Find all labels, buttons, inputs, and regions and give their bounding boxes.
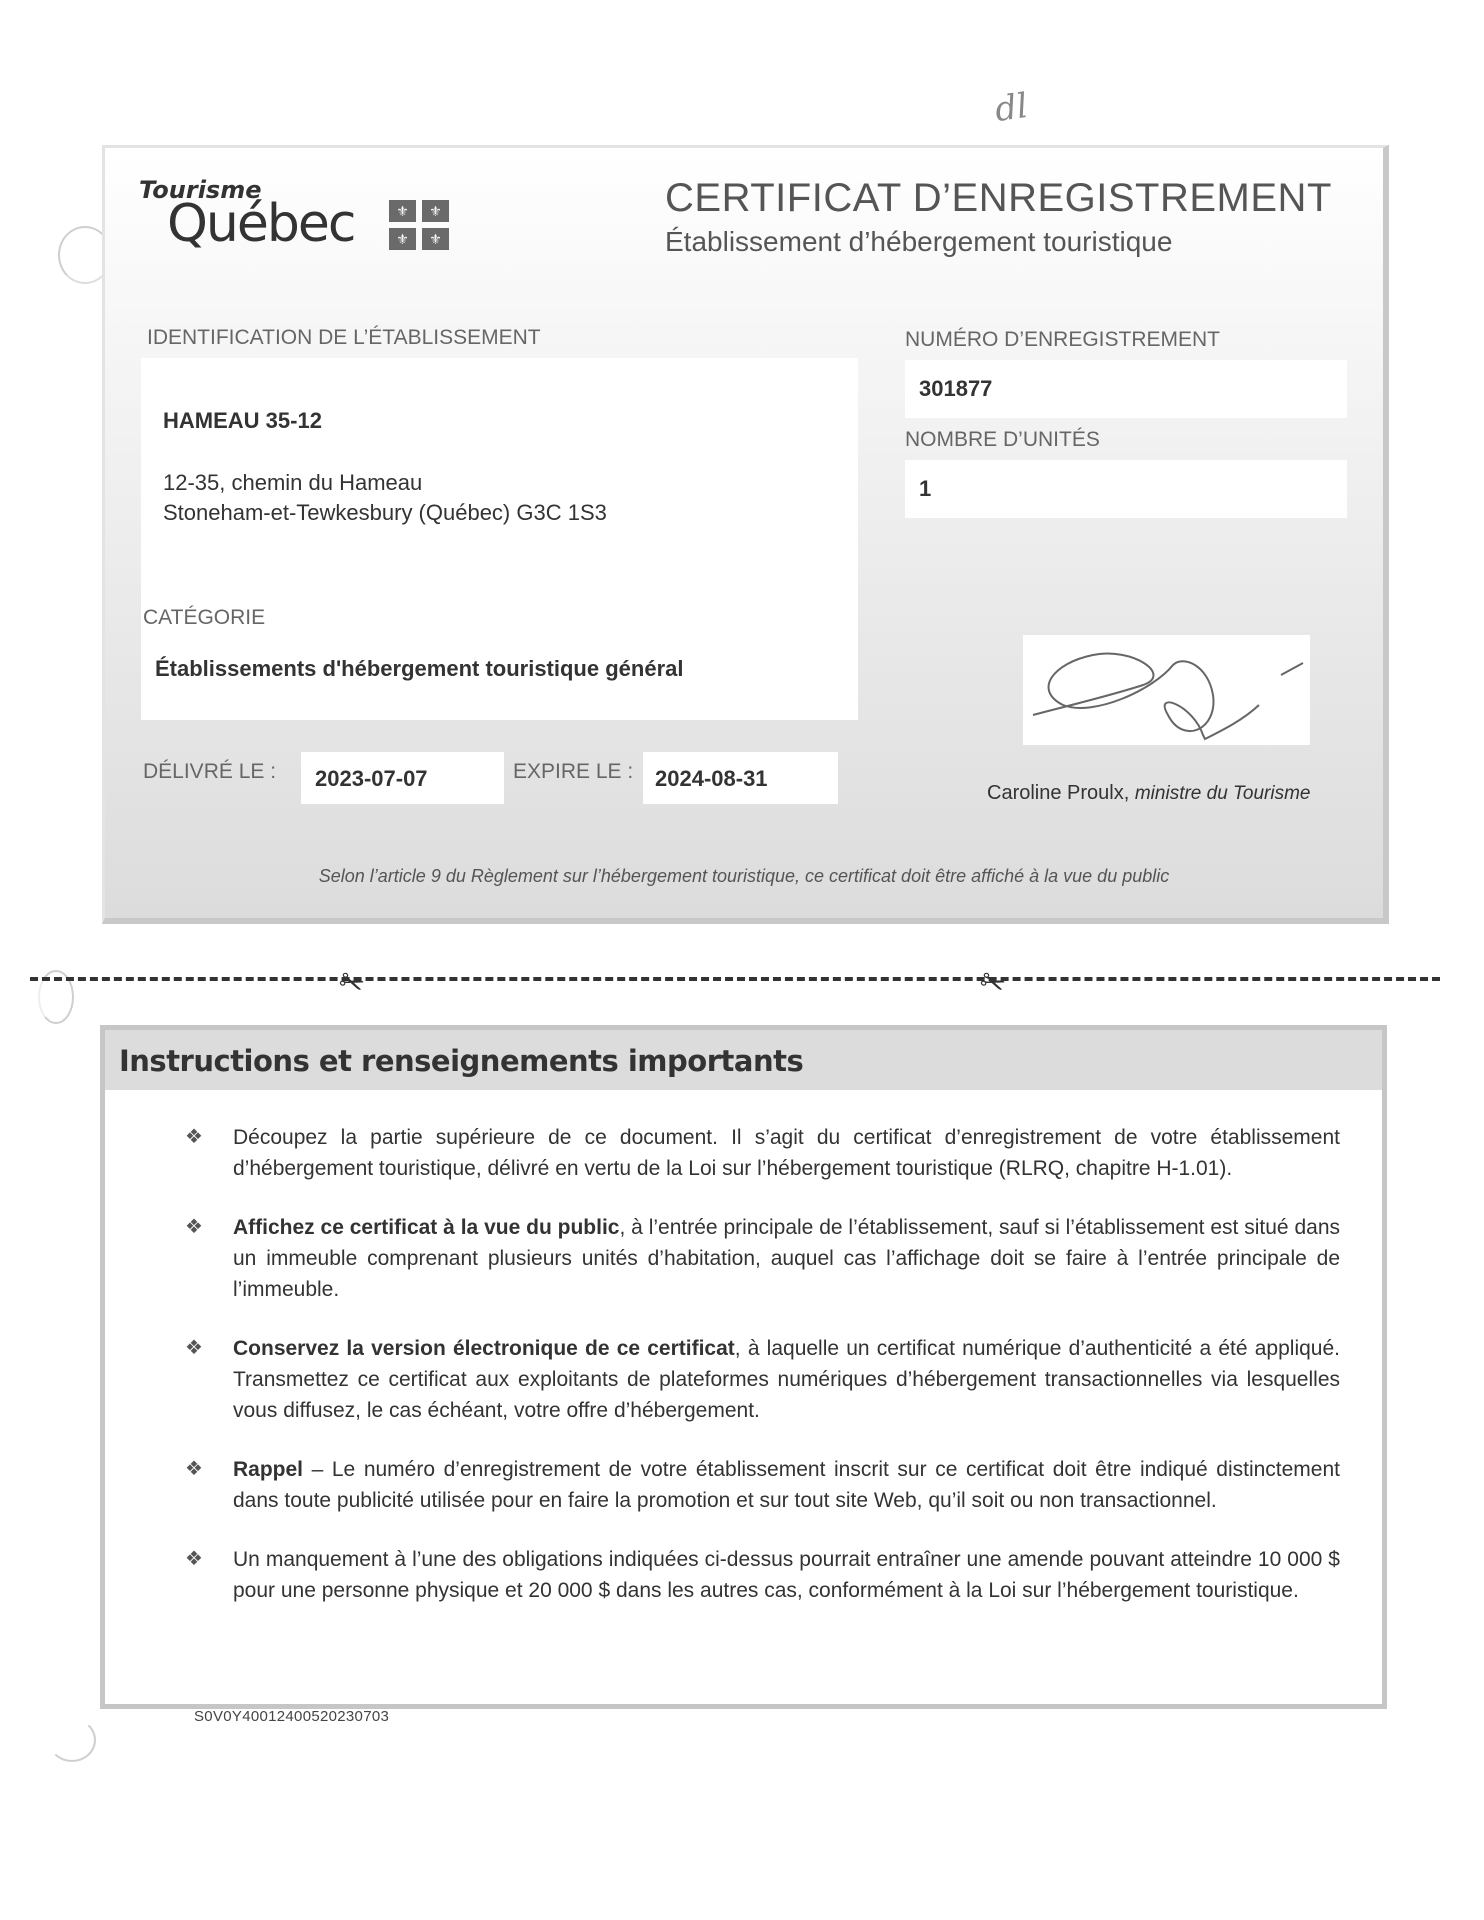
address-line-1: 12-35, chemin du Hameau (163, 468, 607, 498)
expires-label: EXPIRE LE : (513, 760, 633, 784)
identification-label: IDENTIFICATION DE L’ÉTABLISSEMENT (147, 326, 541, 350)
instructions-header: Instructions et renseignements important… (105, 1030, 1382, 1090)
handwritten-initials: dl (992, 86, 1030, 130)
units-value: 1 (919, 476, 931, 502)
diamond-bullet-icon: ❖ (185, 1333, 203, 1364)
logo-quebec-text: Québec (167, 194, 354, 254)
category-value: Établissements d'hébergement touristique… (155, 656, 683, 682)
diamond-bullet-icon: ❖ (185, 1212, 203, 1243)
list-item: ❖ Un manquement à l’une des obligations … (185, 1544, 1340, 1606)
item-bold-text: Conservez la version électronique de ce … (233, 1337, 735, 1360)
instructions-list: ❖ Découpez la partie supérieure de ce do… (185, 1122, 1340, 1634)
issued-box: 2023-07-07 (301, 752, 504, 804)
punch-hole (48, 1718, 96, 1762)
establishment-name: HAMEAU 35-12 (163, 408, 322, 434)
instructions-panel: Instructions et renseignements important… (100, 1025, 1387, 1709)
document-id: S0V0Y40012400520230703 (194, 1708, 389, 1725)
units-box: 1 (905, 460, 1347, 518)
issued-label: DÉLIVRÉ LE : (143, 760, 276, 784)
signatory-name: Caroline Proulx, (987, 782, 1129, 804)
expires-box: 2024-08-31 (643, 752, 838, 804)
item-text: – Le numéro d’enregistrement de votre ét… (233, 1458, 1340, 1512)
item-text: Un manquement à l’une des obligations in… (233, 1548, 1340, 1602)
signature-box (1023, 635, 1310, 745)
item-bold-text: Affichez ce certificat à la vue du publi… (233, 1216, 619, 1239)
signature-icon (1023, 635, 1310, 745)
certificate-title: CERTIFICAT D’ENREGISTREMENT (665, 176, 1332, 221)
registration-certificate: Tourisme Québec ⚜ ⚜ ⚜ ⚜ CERTIFICAT D’ENR… (102, 145, 1389, 924)
item-bold-text: Rappel (233, 1458, 303, 1481)
list-item: ❖ Rappel – Le numéro d’enregistrement de… (185, 1454, 1340, 1516)
registration-number-box: 301877 (905, 360, 1347, 418)
diamond-bullet-icon: ❖ (185, 1454, 203, 1485)
diamond-bullet-icon: ❖ (185, 1122, 203, 1153)
registration-number-label: NUMÉRO D’ENREGISTREMENT (905, 328, 1220, 352)
instructions-title: Instructions et renseignements important… (119, 1044, 803, 1078)
quebec-flag-icon: ⚜ ⚜ ⚜ ⚜ (389, 200, 449, 250)
list-item: ❖ Affichez ce certificat à la vue du pub… (185, 1212, 1340, 1305)
fleur-de-lis-icon: ⚜ (389, 228, 416, 250)
list-item: ❖ Conservez la version électronique de c… (185, 1333, 1340, 1426)
establishment-address: 12-35, chemin du Hameau Stoneham-et-Tewk… (163, 468, 607, 528)
signatory: Caroline Proulx, ministre du Tourisme (987, 782, 1311, 805)
certificate-subtitle: Établissement d’hébergement touristique (665, 226, 1172, 258)
scissors-icon: ✂ (334, 963, 370, 1004)
list-item: ❖ Découpez la partie supérieure de ce do… (185, 1122, 1340, 1184)
expiry-date: 2024-08-31 (655, 766, 768, 792)
units-label: NOMBRE D’UNITÉS (905, 428, 1100, 452)
scissors-icon: ✂ (975, 963, 1011, 1004)
issued-date: 2023-07-07 (315, 766, 428, 792)
category-label: CATÉGORIE (143, 606, 265, 630)
cut-line (30, 977, 1440, 981)
category-box: Établissements d'hébergement touristique… (141, 638, 858, 700)
fleur-de-lis-icon: ⚜ (422, 200, 449, 222)
display-notice: Selon l’article 9 du Règlement sur l’héb… (105, 866, 1383, 887)
fleur-de-lis-icon: ⚜ (389, 200, 416, 222)
signatory-title: ministre du Tourisme (1135, 783, 1311, 804)
registration-number-value: 301877 (919, 376, 992, 402)
item-text: Découpez la partie supérieure de ce docu… (233, 1126, 1340, 1180)
fleur-de-lis-icon: ⚜ (422, 228, 449, 250)
diamond-bullet-icon: ❖ (185, 1544, 203, 1575)
address-line-2: Stoneham-et-Tewkesbury (Québec) G3C 1S3 (163, 498, 607, 528)
